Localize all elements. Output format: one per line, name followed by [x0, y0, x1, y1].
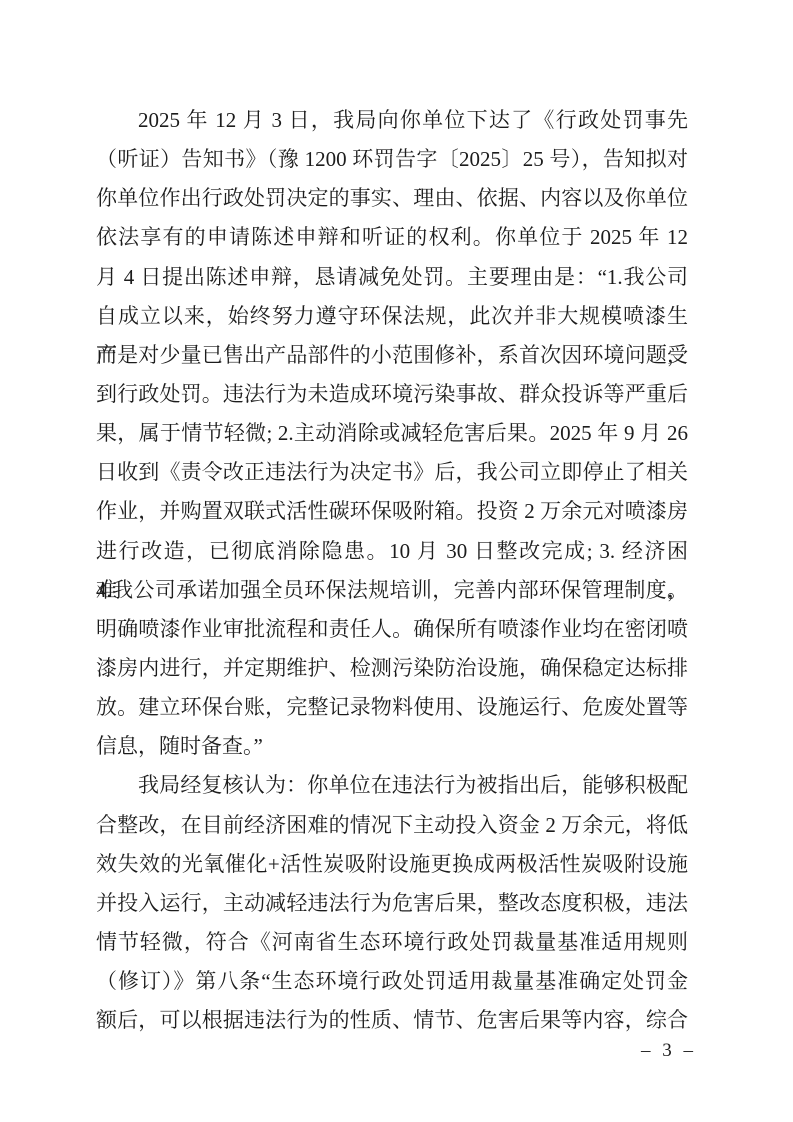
- text-line: （听证）告知书》（豫 1200 环罚告字〔2025〕25 号），告知拟对: [96, 140, 688, 179]
- text-line: （修订）》第八条“生态环境行政处罚适用裁量基准确定处罚金: [96, 962, 688, 1001]
- page-number: – 3 –: [641, 1040, 693, 1062]
- text-line: 你单位作出行政处罚决定的事实、理由、依据、内容以及你单位: [96, 179, 688, 218]
- text-line: 额后，可以根据违法行为的性质、情节、危害后果等内容，综合: [96, 1001, 688, 1040]
- text-line: 到行政处罚。违法行为未造成环境污染事故、群众投诉等严重后: [96, 375, 688, 414]
- text-line: 依法享有的申请陈述申辩和听证的权利。你单位于 2025 年 12: [96, 218, 688, 257]
- text-line: 日收到《责令改正违法行为决定书》后，我公司立即停止了相关: [96, 453, 688, 492]
- text-line: 果，属于情节轻微; 2.主动消除或减轻危害后果。2025 年 9 月 26: [96, 414, 688, 453]
- text-line: 信息，随时备查。”: [96, 727, 688, 766]
- text-line: 作业，并购置双联式活性碳环保吸附箱。投资 2 万余元对喷漆房: [96, 492, 688, 531]
- text-line: 情节轻微，符合《河南省生态环境行政处罚裁量基准适用规则: [96, 923, 688, 962]
- text-line: 进行改造，已彻底消除隐患。10 月 30 日整改完成; 3. 经济困难。: [96, 532, 688, 571]
- text-line: 我局经复核认为：你单位在违法行为被指出后，能够积极配: [96, 766, 688, 805]
- document-page: 2025 年 12 月 3 日，我局向你单位下达了《行政处罚事先（听证）告知书》…: [0, 0, 793, 1122]
- text-line: 效失效的光氧催化+活性炭吸附设施更换成两极活性炭吸附设施: [96, 845, 688, 884]
- text-line: 明确喷漆作业审批流程和责任人。确保所有喷漆作业均在密闭喷: [96, 610, 688, 649]
- text-line: 自成立以来，始终努力遵守环保法规，此次并非大规模喷漆生产，: [96, 297, 688, 336]
- text-line: 月 4 日提出陈述申辩，恳请减免处罚。主要理由是：“1.我公司: [96, 258, 688, 297]
- text-line: 合整改，在目前经济困难的情况下主动投入资金 2 万余元，将低: [96, 806, 688, 845]
- document-body: 2025 年 12 月 3 日，我局向你单位下达了《行政处罚事先（听证）告知书》…: [96, 101, 688, 1040]
- text-line: 并投入运行，主动减轻违法行为危害后果，整改态度积极，违法: [96, 884, 688, 923]
- text-line: 而是对少量已售出产品部件的小范围修补，系首次因环境问题受: [96, 336, 688, 375]
- text-line: 2025 年 12 月 3 日，我局向你单位下达了《行政处罚事先: [96, 101, 688, 140]
- paragraph-bureau-review-opinion: 我局经复核认为：你单位在违法行为被指出后，能够积极配合整改，在目前经济困难的情况…: [96, 766, 688, 1040]
- text-line: 漆房内进行，并定期维护、检测污染防治设施，确保稳定达标排: [96, 649, 688, 688]
- text-line: 放。建立环保台账，完整记录物料使用、设施运行、危废处置等: [96, 688, 688, 727]
- text-line: 4.我公司承诺加强全员环保法规培训，完善内部环保管理制度，: [96, 571, 688, 610]
- paragraph-penalty-notice-and-defense: 2025 年 12 月 3 日，我局向你单位下达了《行政处罚事先（听证）告知书》…: [96, 101, 688, 766]
